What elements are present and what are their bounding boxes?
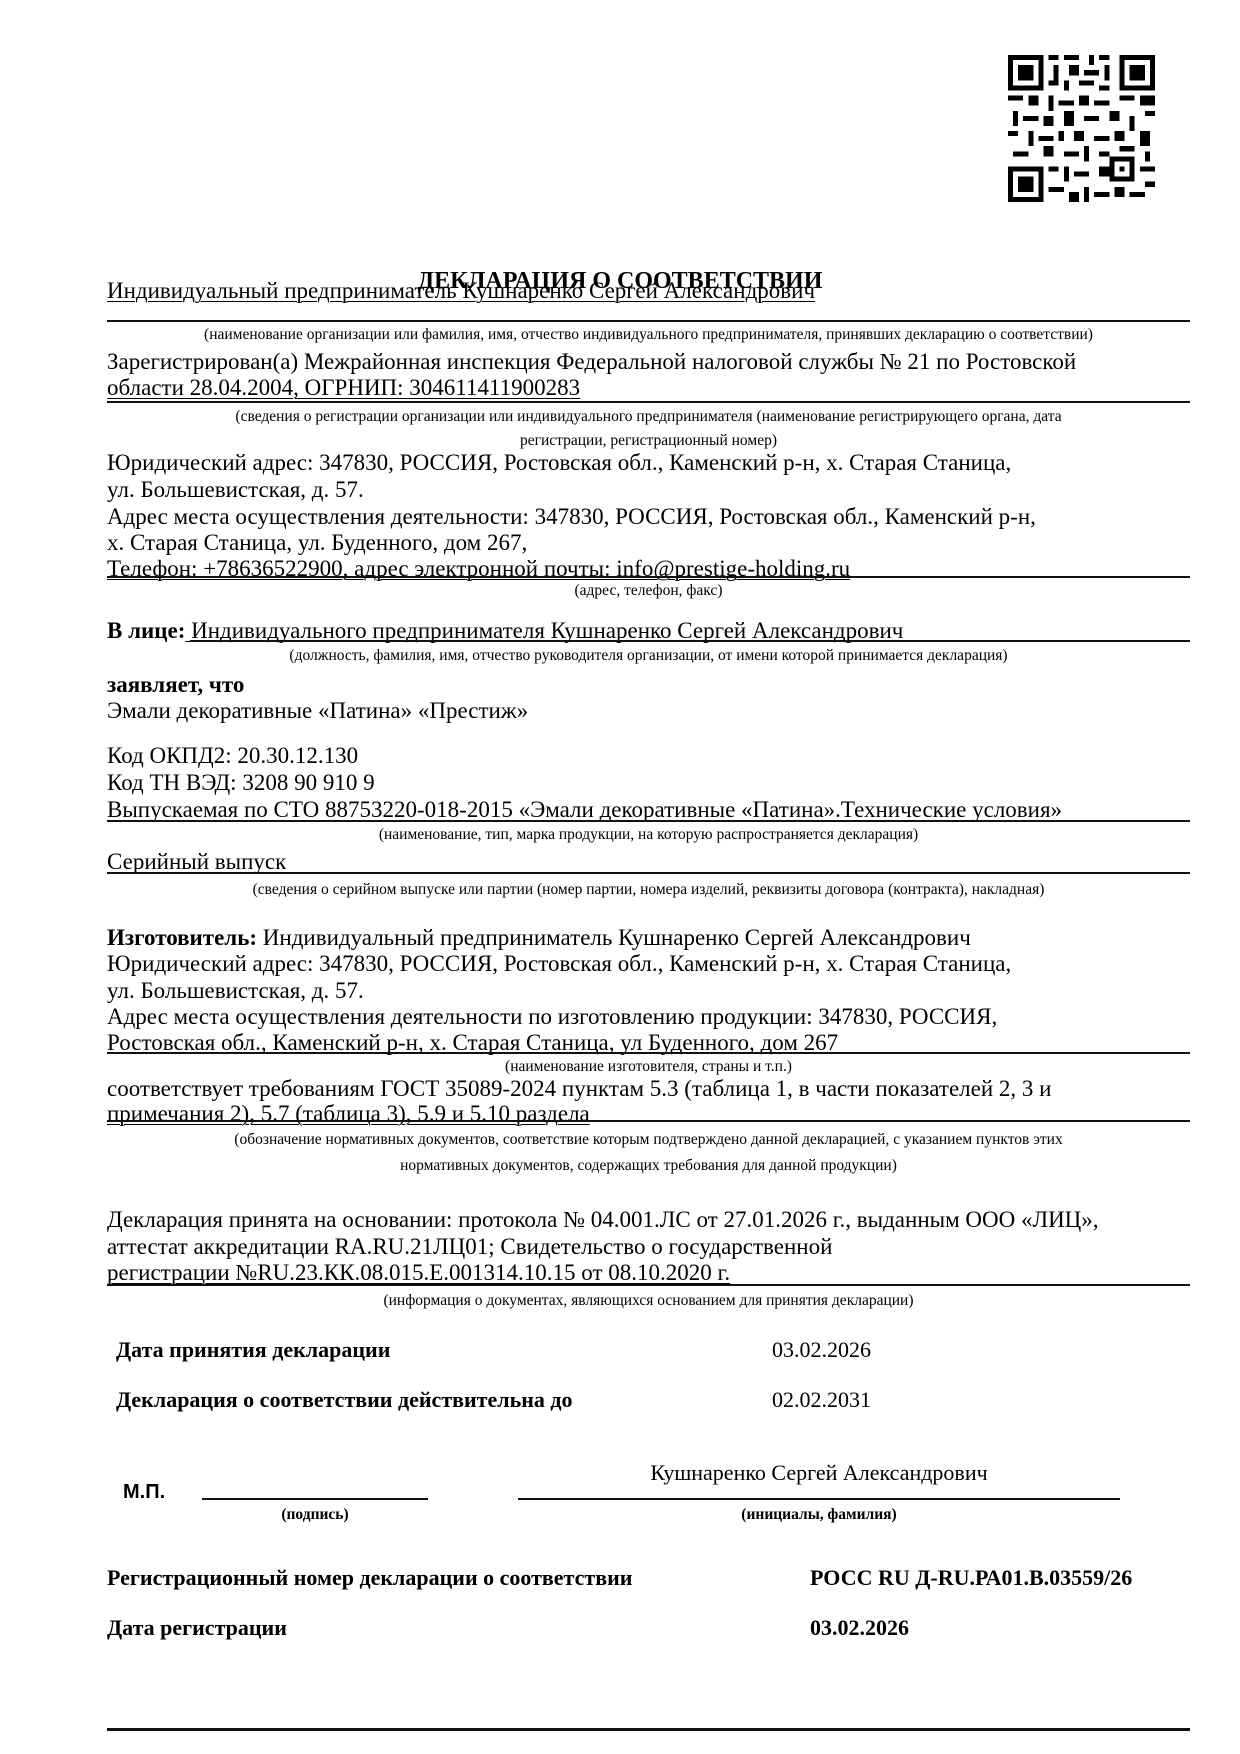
qr-code-icon (1008, 55, 1155, 202)
registration-number-value: РОСС RU Д-RU.РА01.В.03559/26 (810, 1564, 1132, 1591)
basis-line: регистрации №RU.23.КК.08.015.Е.001314.10… (107, 1259, 730, 1286)
representative-caption: (должность, фамилия, имя, отчество руков… (107, 646, 1190, 666)
address-caption: (адрес, телефон, факс) (107, 581, 1190, 601)
address-line: х. Старая Станица, ул. Буденного, дом 26… (107, 529, 527, 556)
manufacturer-address-line: Юридический адрес: 347830, РОССИЯ, Росто… (107, 950, 1011, 977)
product-caption: (наименование, тип, марка продукции, на … (107, 825, 1190, 845)
representative-label: В лице: (107, 618, 185, 643)
divider (107, 1120, 1190, 1122)
divider (107, 401, 1190, 403)
serial-caption: (сведения о серийном выпуске или партии … (107, 880, 1190, 900)
registration-line: области 28.04.2004, ОГРНИП: 304611411900… (107, 374, 580, 401)
product-standard: Выпускаемая по СТО 88753220-018-2015 «Эм… (107, 796, 1062, 823)
applicant-name: Индивидуальный предприниматель Кушнаренк… (107, 277, 815, 304)
registration-caption: (сведения о регистрации организации или … (107, 407, 1190, 427)
address-line: ул. Большевистская, д. 57. (107, 476, 364, 503)
tn-ved-code: Код ТН ВЭД: 3208 90 910 9 (107, 769, 375, 796)
signer-name: Кушнаренко Сергей Александрович (518, 1459, 1120, 1486)
accepted-date-label: Дата принятия декларации (116, 1336, 390, 1363)
product-name: Эмали декоративные «Патина» «Престиж» (107, 697, 528, 724)
declares-label: заявляет, что (107, 671, 244, 698)
divider (107, 872, 1190, 874)
applicant-name-caption: (наименование организации или фамилия, и… (107, 325, 1190, 345)
manufacturer-name: Индивидуальный предприниматель Кушнаренк… (257, 925, 971, 950)
address-line: Адрес места осуществления деятельности: … (107, 503, 1036, 530)
conformity-line: соответствует требованиям ГОСТ 35089-202… (107, 1075, 1051, 1102)
divider (107, 820, 1190, 822)
manufacturer-address-line: ул. Большевистская, д. 57. (107, 977, 364, 1004)
okpd2-code: Код ОКПД2: 20.30.12.130 (107, 742, 358, 769)
divider (107, 1284, 1190, 1286)
conformity-line: примечания 2), 5.7 (таблица 3), 5.9 и 5.… (107, 1100, 590, 1127)
signer-line (518, 1498, 1120, 1500)
manufacturer-address-line: Адрес места осуществления деятельности п… (107, 1003, 997, 1030)
registration-date-label: Дата регистрации (107, 1614, 287, 1641)
conformity-caption: нормативных документов, содержащих требо… (107, 1156, 1190, 1176)
serial-release: Серийный выпуск (107, 848, 286, 875)
registration-date-value: 03.02.2026 (810, 1614, 909, 1641)
divider (190, 640, 1190, 642)
valid-until-label: Декларация о соответствии действительна … (116, 1386, 573, 1413)
signer-caption: (инициалы, фамилия) (518, 1505, 1120, 1525)
conformity-caption: (обозначение нормативных документов, соо… (107, 1130, 1190, 1150)
address-line: Юридический адрес: 347830, РОССИЯ, Росто… (107, 449, 1011, 476)
bottom-divider (107, 1728, 1190, 1731)
accepted-date-value: 03.02.2026 (772, 1336, 871, 1363)
divider (107, 1052, 1190, 1054)
registration-line: Зарегистрирован(а) Межрайонная инспекция… (107, 348, 1076, 375)
manufacturer-caption: (наименование изготовителя, страны и т.п… (107, 1057, 1190, 1077)
registration-caption: регистрации, регистрационный номер) (107, 431, 1190, 451)
registration-number-label: Регистрационный номер декларации о соотв… (107, 1564, 632, 1591)
divider (107, 576, 1190, 578)
manufacturer-label: Изготовитель: (107, 925, 257, 950)
divider (107, 320, 1190, 322)
stamp-label: М.П. (123, 1479, 165, 1506)
valid-until-value: 02.02.2031 (772, 1386, 871, 1413)
signature-line (202, 1498, 428, 1500)
basis-caption: (информация о документах, являющихся осн… (107, 1291, 1190, 1311)
basis-line: Декларация принята на основании: протоко… (107, 1206, 1099, 1233)
basis-line: аттестат аккредитации RA.RU.21ЛЦ01; Свид… (107, 1233, 832, 1260)
signature-caption: (подпись) (202, 1505, 428, 1525)
manufacturer-line: Изготовитель: Индивидуальный предпринима… (107, 924, 971, 951)
